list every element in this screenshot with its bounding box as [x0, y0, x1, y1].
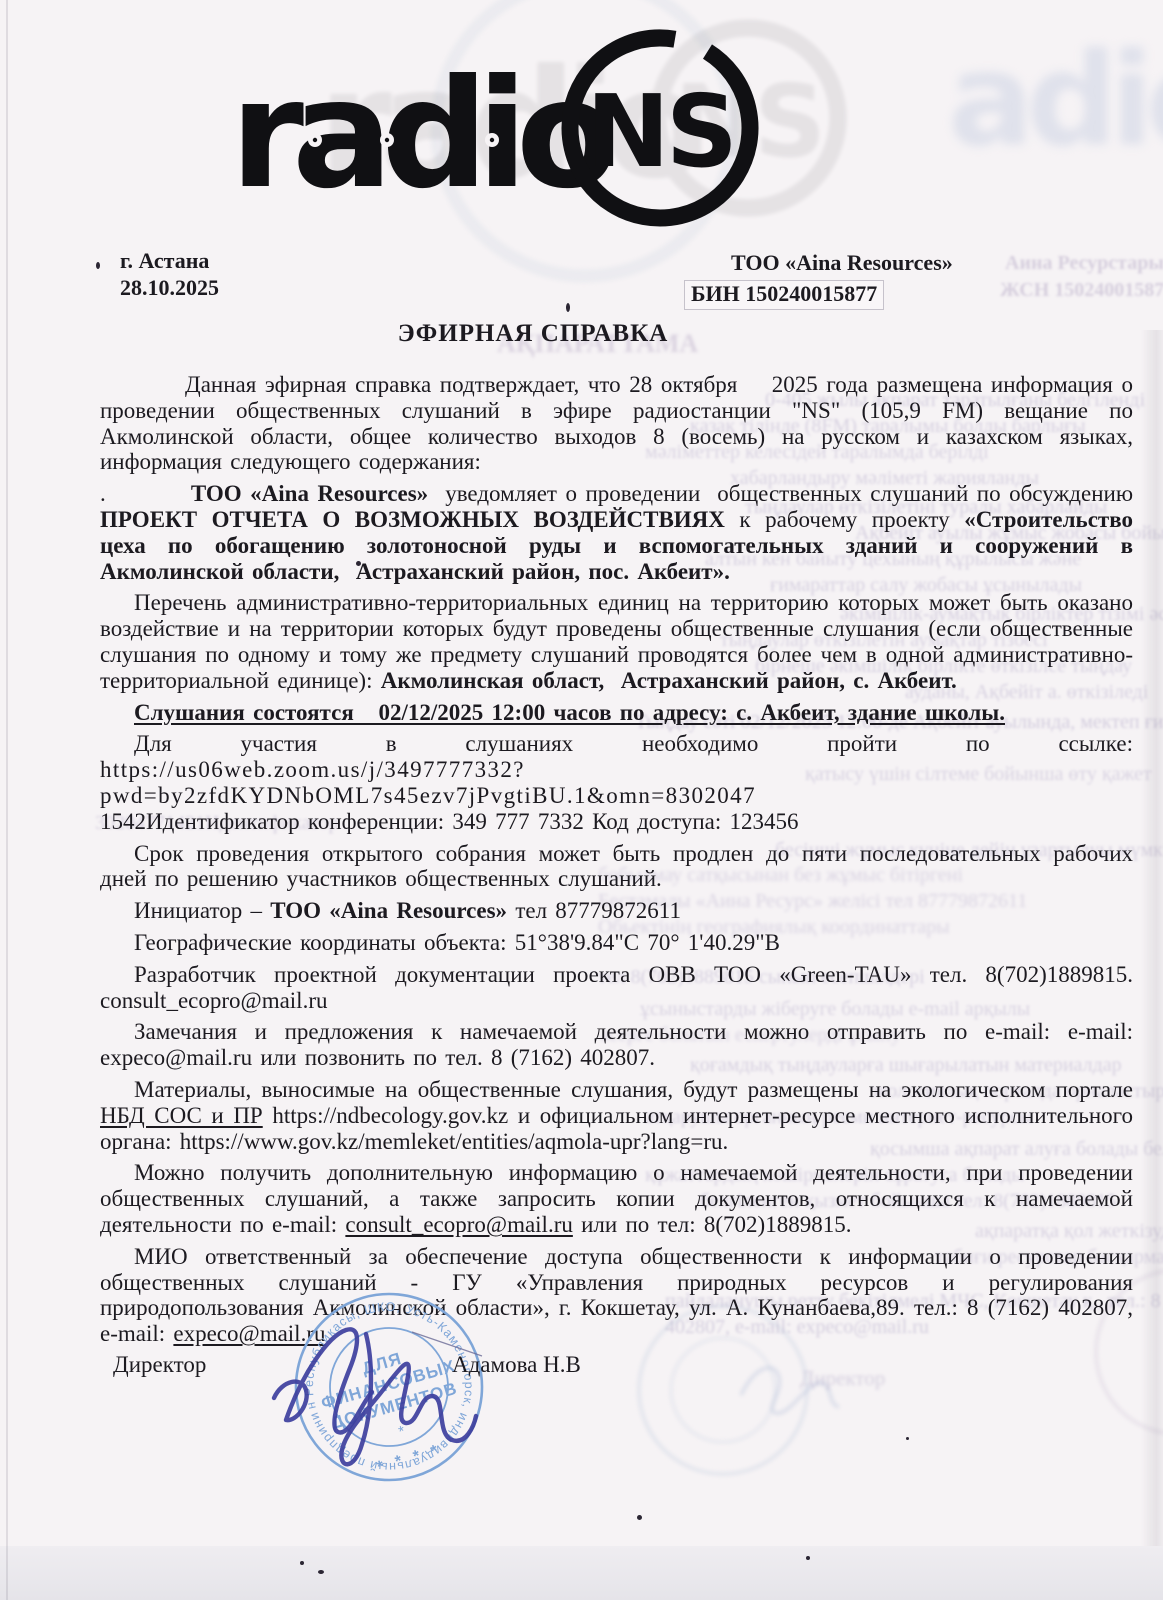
text-run: НБД СОС и ПР	[100, 1103, 263, 1128]
paragraph: Слушания состоятся 02/12/2025 12:00 часо…	[100, 700, 1133, 726]
paragraph: Замечания и предложения к намечаемой дея…	[100, 1019, 1133, 1071]
logo-radio-text: radio	[230, 48, 613, 222]
ghost-text-line: Аина Ресурстары ЖШС	[1005, 252, 1163, 275]
ghost-text-line: adioNS	[948, 26, 1163, 175]
text-run: тел 87779872611	[507, 898, 681, 923]
signatory-role: Директор	[113, 1352, 206, 1378]
text-run: https://us06web.zoom.us/j/3497777332?pwd…	[100, 757, 756, 808]
paragraph: Разработчик проектной документации проек…	[100, 962, 1133, 1014]
paragraph: Для участия в слушаниях необходимо пройт…	[100, 731, 1133, 834]
scan-speck	[637, 1515, 642, 1520]
paragraph: Материалы, выносимые на общественные слу…	[100, 1077, 1133, 1154]
text-run: ТОО «Aina Resources»	[191, 481, 428, 506]
paragraph-line: Для участия в слушаниях необходимо пройт…	[100, 731, 1133, 757]
paragraph: Данная эфирная справка подтверждает, что…	[100, 372, 1133, 475]
text-run: Данная эфирная справка подтверждает, что…	[100, 372, 1133, 474]
document-body: Данная эфирная справка подтверждает, что…	[100, 372, 1133, 1353]
paragraph-line: 1542Идентификатор конференции: 349 777 7…	[100, 809, 1133, 835]
scan-speck	[318, 1570, 324, 1574]
scanned-document-page: adioNSАина Ресурстары ЖШСЖСН 15024001587…	[0, 0, 1163, 1600]
text-run: Срок проведения открытого собрания может…	[100, 841, 1133, 892]
paragraph: Перечень административно-территориальных…	[100, 590, 1133, 693]
company-bin: БИН 150240015877	[684, 280, 884, 310]
paragraph: Инициатор – ТОО «Aina Resources» тел 877…	[100, 898, 1133, 924]
text-run: или по тел: 8(702)1889815.	[573, 1212, 852, 1237]
handwritten-signature	[262, 1296, 522, 1486]
signature-stroke-1	[274, 1329, 372, 1432]
paragraph-line: https://us06web.zoom.us/j/3497777332?pwd…	[100, 757, 1133, 809]
logo-ns-text: NS	[586, 73, 734, 190]
scan-speck	[566, 303, 570, 312]
scan-speck	[300, 1561, 304, 1565]
text-run: ПРОЕКТ ОТЧЕТА О ВОЗМОЖНЫХ ВОЗДЕЙСТВИЯХ	[100, 507, 725, 532]
text-run: Замечания и предложения к намечаемой дея…	[100, 1019, 1133, 1070]
letter-date: 28.10.2025	[120, 274, 219, 301]
paragraph: МИО ответственный за обеспечение доступа…	[100, 1244, 1133, 1347]
text-run: consult_ecopro@mail.ru	[345, 1212, 572, 1237]
text-run: Географические координаты объекта: 51°38…	[134, 930, 780, 955]
text-run: уведомляет о проведении общественных слу…	[428, 481, 1133, 506]
signatory-name: Адамова Н.В	[452, 1352, 581, 1378]
text-run: ТОО «Aina Resources»	[270, 898, 507, 923]
scan-speck	[806, 1556, 810, 1560]
text-run: Разработчик проектной документации проек…	[100, 962, 1133, 1013]
text-run: Слушания состоятся 02/12/2025 12:00 часо…	[134, 700, 1005, 725]
scan-speck	[96, 262, 100, 269]
ghost-text-line: Директор	[800, 1366, 885, 1391]
scan-left-edge	[6, 0, 8, 1600]
text-run: к рабочему проекту	[725, 507, 964, 532]
letter-city: г. Астана	[120, 247, 219, 274]
scan-speck	[906, 1437, 909, 1440]
ghost-text-line: ЖСН 150240015877	[1000, 279, 1163, 302]
scan-bottom-edge	[0, 1546, 1163, 1600]
document-title: ЭФИРНАЯ СПРАВКА	[100, 320, 966, 348]
text-run: Инициатор –	[134, 898, 270, 923]
paragraph: Можно получить дополнительную информацию…	[100, 1160, 1133, 1237]
paragraph: Срок проведения открытого собрания может…	[100, 841, 1133, 893]
letter-city-date-block: г. Астана 28.10.2025	[120, 247, 219, 301]
text-run: 1542Идентификатор конференции: 349 777 7…	[100, 809, 798, 834]
paragraph: . ТОО «Aina Resources» уведомляет о пров…	[100, 481, 1133, 584]
paragraph: Географические координаты объекта: 51°38…	[100, 930, 1133, 956]
scan-speck	[356, 561, 361, 566]
ghost-signature-squiggle	[741, 1368, 839, 1414]
scan-right-edge	[1141, 330, 1163, 1546]
radio-ns-logo: radio NS	[230, 28, 790, 238]
company-name: ТОО «Aina Resources»	[731, 250, 953, 276]
text-run: Для участия в слушаниях необходимо пройт…	[134, 731, 1133, 756]
text-run: Материалы, выносимые на общественные слу…	[134, 1077, 1133, 1102]
text-run: Акмолинская област, Астраханский район, …	[381, 668, 957, 693]
text-run: .	[100, 481, 191, 506]
ghost-stamp-inner	[671, 1338, 775, 1442]
